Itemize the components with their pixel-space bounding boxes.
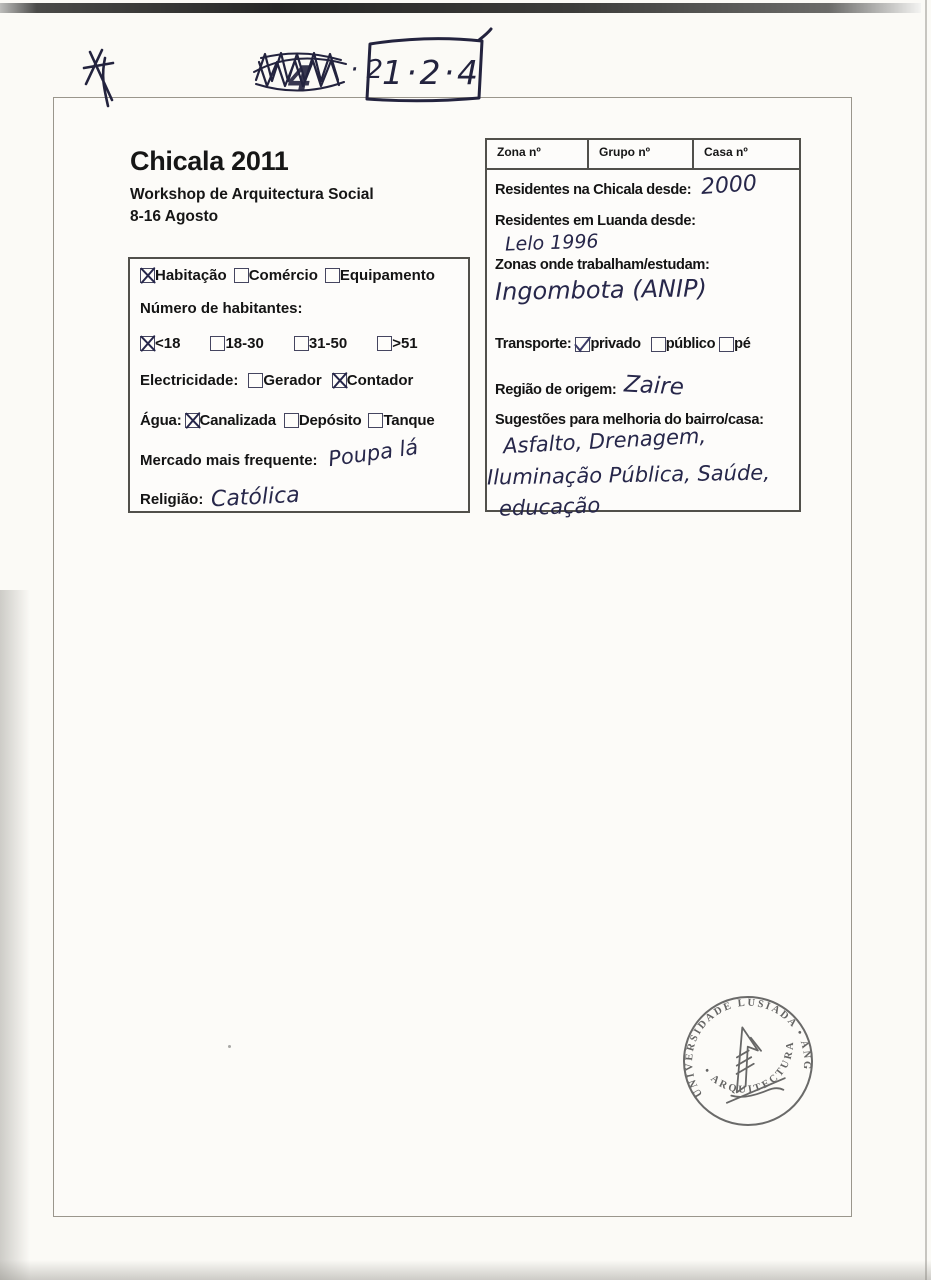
option-equipamento: Equipamento bbox=[325, 267, 435, 284]
option-gt51: >51 bbox=[377, 335, 417, 352]
label-pe: pé bbox=[734, 336, 750, 352]
hand-drawn-number-box: 1·2·4 bbox=[367, 29, 491, 101]
option-deposito: Depósito bbox=[284, 412, 362, 429]
header-zona: Zona nº bbox=[487, 140, 589, 168]
sugestoes-handwritten-line3: educação bbox=[499, 495, 601, 520]
header-grupo: Grupo nº bbox=[589, 140, 694, 168]
habitantes-label-row: Número de habitantes: bbox=[140, 300, 303, 317]
chicala-label: Residentes na Chicala desde: bbox=[495, 182, 691, 198]
checkbox-gt51 bbox=[377, 336, 392, 351]
option-comercio: Comércio bbox=[234, 267, 318, 284]
checkbox-lt18 bbox=[140, 336, 155, 351]
option-lt18: <18 bbox=[140, 335, 180, 352]
chicala-row: Residentes na Chicala desde: 2000 bbox=[495, 179, 757, 201]
label-publico: público bbox=[666, 336, 715, 352]
sugestoes-label: Sugestões para melhoria do bairro/casa: bbox=[495, 412, 764, 428]
mercado-handwritten-value: Poupa lá bbox=[327, 437, 419, 470]
page-dates: 8-16 Agosto bbox=[130, 206, 374, 228]
religiao-handwritten-value: Católica bbox=[211, 485, 301, 512]
checkbox-tanque bbox=[368, 413, 383, 428]
religiao-row: Religião: Católica bbox=[140, 488, 300, 510]
religiao-label: Religião: bbox=[140, 491, 203, 508]
electricidade-row: Electricidade: Gerador Contador bbox=[140, 372, 413, 389]
zone-header-row: Zona nº Grupo nº Casa nº bbox=[487, 140, 799, 170]
option-canalizada: Canalizada bbox=[185, 412, 276, 429]
label-31-50: 31-50 bbox=[309, 335, 347, 352]
option-publico: público bbox=[651, 336, 715, 352]
label-habitacao: Habitação bbox=[155, 267, 227, 284]
origem-row: Região de origem: Zaire bbox=[495, 378, 684, 401]
label-tanque: Tanque bbox=[383, 412, 434, 429]
agua-label: Água: bbox=[140, 412, 182, 429]
label-lt18: <18 bbox=[155, 335, 180, 352]
scanner-edge-band bbox=[0, 3, 921, 13]
label-gt51: >51 bbox=[392, 335, 417, 352]
option-18-30: 18-30 bbox=[210, 335, 263, 352]
checkbox-publico bbox=[651, 337, 666, 352]
checkbox-deposito bbox=[284, 413, 299, 428]
checkbox-equipamento bbox=[325, 268, 340, 283]
page-subtitle: Workshop de Arquitectura Social bbox=[130, 184, 374, 206]
crossed-corner-mark-icon bbox=[84, 50, 113, 106]
option-contador: Contador bbox=[332, 372, 414, 389]
origem-handwritten-value: Zaire bbox=[624, 373, 685, 399]
label-equipamento: Equipamento bbox=[340, 267, 435, 284]
checkbox-gerador bbox=[248, 373, 263, 388]
mercado-label: Mercado mais frequente: bbox=[140, 452, 318, 469]
scan-shadow-bottom bbox=[0, 1260, 931, 1280]
building-survey-box: Habitação Comércio Equipamento Número de… bbox=[128, 257, 470, 513]
label-deposito: Depósito bbox=[299, 412, 362, 429]
option-tanque: Tanque bbox=[368, 412, 434, 429]
header-casa: Casa nº bbox=[694, 140, 799, 168]
sugestoes-handwritten-line2: Iluminação Pública, Saúde, bbox=[487, 463, 770, 489]
zonas-handwritten-value: Ingombota (ANIP) bbox=[495, 276, 707, 304]
option-privado: privado bbox=[575, 336, 640, 352]
checkbox-18-30 bbox=[210, 336, 225, 351]
zonas-label: Zonas onde trabalham/estudam: bbox=[495, 257, 709, 273]
residency-survey-box: Zona nº Grupo nº Casa nº Residentes na C… bbox=[485, 138, 801, 512]
habitantes-label: Número de habitantes: bbox=[140, 300, 303, 317]
transporte-label: Transporte: bbox=[495, 336, 571, 352]
option-31-50: 31-50 bbox=[294, 335, 347, 352]
origem-label: Região de origem: bbox=[495, 382, 616, 398]
chicala-handwritten-value: 2000 bbox=[701, 173, 758, 199]
scribbled-out-number-icon: 4 bbox=[254, 53, 346, 99]
scribbled-number-text: 4 bbox=[287, 59, 312, 99]
option-pe: pé bbox=[719, 336, 750, 352]
scan-shadow-left bbox=[0, 590, 30, 1280]
title-block: Chicala 2011 Workshop de Arquitectura So… bbox=[130, 146, 374, 228]
mercado-row: Mercado mais frequente: Poupa lá bbox=[140, 450, 418, 471]
option-gerador: Gerador bbox=[248, 372, 321, 389]
page-edge-line bbox=[925, 0, 927, 1280]
label-canalizada: Canalizada bbox=[200, 412, 276, 429]
boxed-number-text: 1·2·4 bbox=[382, 53, 481, 92]
transporte-row: Transporte: privado público pé bbox=[495, 336, 750, 352]
checkbox-habitacao bbox=[140, 268, 155, 283]
checkbox-comercio bbox=[234, 268, 249, 283]
building-type-row: Habitação Comércio Equipamento bbox=[140, 267, 435, 284]
label-gerador: Gerador bbox=[263, 372, 321, 389]
checkbox-contador bbox=[332, 373, 347, 388]
sugestoes-handwritten-line1: Asfalto, Drenagem, bbox=[503, 426, 707, 458]
handwritten-header-marks: 4 · 2 1·2·4 bbox=[60, 28, 500, 120]
agua-row: Água: Canalizada Depósito Tanque bbox=[140, 412, 434, 429]
label-privado: privado bbox=[590, 336, 640, 352]
checkbox-31-50 bbox=[294, 336, 309, 351]
label-comercio: Comércio bbox=[249, 267, 318, 284]
label-18-30: 18-30 bbox=[225, 335, 263, 352]
checkbox-privado bbox=[575, 337, 590, 352]
option-habitacao: Habitação bbox=[140, 267, 227, 284]
checkbox-pe bbox=[719, 337, 734, 352]
luanda-handwritten-value: Lelo 1996 bbox=[505, 232, 599, 254]
electricidade-label: Electricidade: bbox=[140, 372, 238, 389]
label-contador: Contador bbox=[347, 372, 414, 389]
checkbox-canalizada bbox=[185, 413, 200, 428]
scanned-survey-page: 4 · 2 1·2·4 Chicala 2011 Workshop de Arq… bbox=[0, 0, 931, 1280]
page-title: Chicala 2011 bbox=[130, 146, 374, 177]
luanda-label: Residentes em Luanda desde: bbox=[495, 213, 696, 229]
habitantes-options-row: <18 18-30 31-50 >51 bbox=[140, 335, 418, 352]
